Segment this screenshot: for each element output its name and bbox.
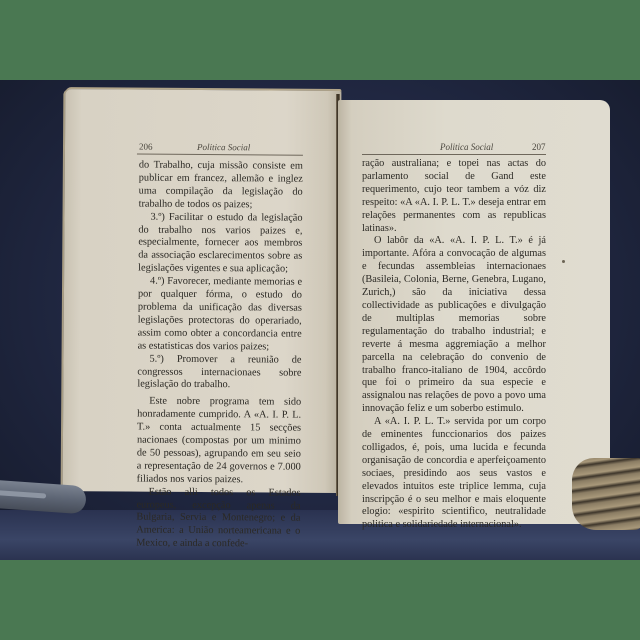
page-number-left: 206 [139,142,153,152]
photo: 206 Politica Social do Trabalho, cuja mi… [0,80,640,560]
paragraph: 5.º) Promover a reunião de congressos in… [137,353,301,393]
paragraph: 4.º) Favorecer, mediante memorias e por … [138,276,303,355]
right-page-text: ração australiana; e topei nas actas do … [362,158,546,532]
left-page: 206 Politica Social do Trabalho, cuja mi… [63,89,342,493]
paragraph: Este nobre programa tem sido honradament… [137,396,302,487]
letter-opener [0,480,87,515]
paragraph: A «A. I. P. L. T.» servida por um corpo … [362,416,546,532]
paragraph: 3.º) Facilitar o estudo da legislação do… [138,211,302,277]
running-header-right: Politica Social [440,142,493,152]
paragraph: ração australiana; e topei nas actas do … [362,158,546,235]
header-rule-right [362,154,546,155]
paragraph: O labôr da «A. «A. I. P. L. T.» é já imp… [362,235,546,416]
bottom-border [0,560,640,640]
top-border [0,0,640,80]
right-page: Politica Social 207 ração australiana; e… [338,100,610,524]
running-header-left: Politica Social [197,142,250,152]
bronze-hand-paperweight [572,458,640,530]
paragraph: Estão alli todos os Estados europeus, ex… [136,486,300,552]
header-rule-left [137,154,303,156]
page-number-right: 207 [532,142,546,152]
ink-speck [562,260,565,263]
left-page-text: do Trabalho, cuja missão consiste em pub… [136,160,303,552]
paragraph: do Trabalho, cuja missão consiste em pub… [139,160,303,213]
